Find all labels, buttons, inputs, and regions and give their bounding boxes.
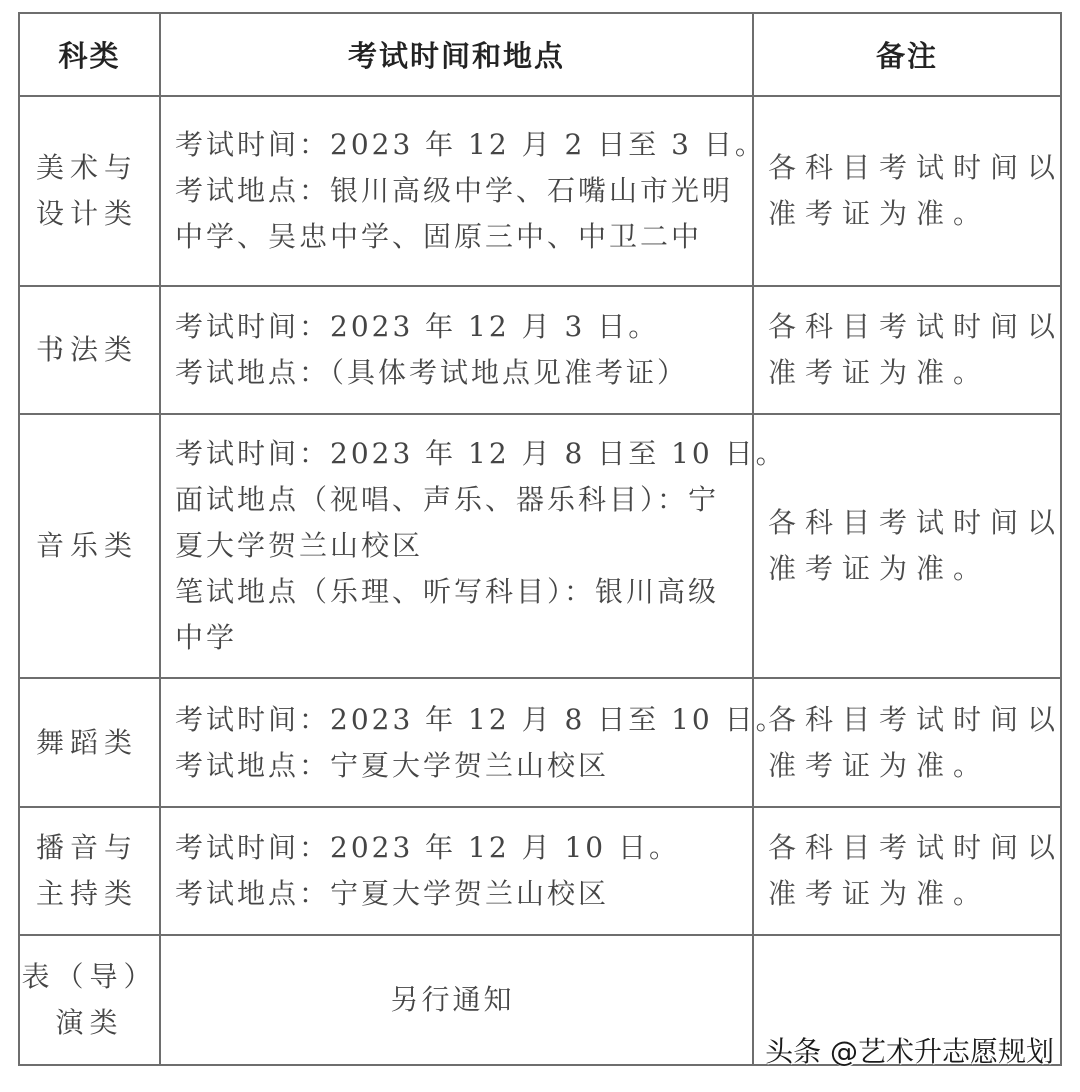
time-location-cell: 考试时间：2023 年 12 月 8 日至 10 日。 考试地点：宁夏大学贺兰山… bbox=[160, 678, 753, 807]
category-cell: 舞蹈类 bbox=[19, 678, 160, 807]
exam-location-line: 考试地点：宁夏大学贺兰山校区 bbox=[175, 743, 744, 789]
exam-time-line: 考试时间：2023 年 12 月 2 日至 3 日。 bbox=[175, 122, 744, 168]
time-location-cell: 考试时间：2023 年 12 月 8 日至 10 日。 面试地点（视唱、声乐、器… bbox=[160, 414, 753, 678]
category-line: 主持类 bbox=[36, 871, 159, 917]
interview-location-line: 夏大学贺兰山校区 bbox=[175, 523, 744, 569]
time-location-cell: 另行通知 bbox=[160, 935, 753, 1065]
time-location-cell: 考试时间：2023 年 12 月 2 日至 3 日。 考试地点：银川高级中学、石… bbox=[160, 96, 753, 286]
table-row: 美术与 设计类 考试时间：2023 年 12 月 2 日至 3 日。 考试地点：… bbox=[19, 96, 1061, 286]
exam-location-line: 中学、吴忠中学、固原三中、中卫二中 bbox=[175, 214, 744, 260]
remarks-cell: 各科目考试时间以 准考证为准。 bbox=[753, 96, 1061, 286]
time-location-cell: 考试时间：2023 年 12 月 10 日。 考试地点：宁夏大学贺兰山校区 bbox=[160, 807, 753, 935]
exam-location-line: 考试地点：银川高级中学、石嘴山市光明 bbox=[175, 168, 744, 214]
table-row: 舞蹈类 考试时间：2023 年 12 月 8 日至 10 日。 考试地点：宁夏大… bbox=[19, 678, 1061, 807]
exam-time-line: 考试时间：2023 年 12 月 3 日。 bbox=[175, 304, 744, 350]
remark-line: 各科目考试时间以 bbox=[768, 304, 1060, 350]
category-line: 播音与 bbox=[36, 825, 159, 871]
category-cell: 音乐类 bbox=[19, 414, 160, 678]
header-time-location: 考试时间和地点 bbox=[160, 13, 753, 96]
remark-line: 准考证为准。 bbox=[768, 546, 1060, 592]
category-line: 舞蹈类 bbox=[36, 720, 159, 766]
category-line: 书法类 bbox=[36, 327, 159, 373]
written-exam-location-line: 笔试地点（乐理、听写科目）：银川高级 bbox=[175, 569, 744, 615]
category-line: 音乐类 bbox=[36, 523, 159, 569]
exam-time-line: 考试时间：2023 年 12 月 8 日至 10 日。 bbox=[175, 697, 744, 743]
remark-line: 准考证为准。 bbox=[768, 191, 1060, 237]
category-line: 表（导） bbox=[20, 954, 159, 1000]
remark-line: 准考证为准。 bbox=[768, 743, 1060, 789]
category-cell: 美术与 设计类 bbox=[19, 96, 160, 286]
time-location-cell: 考试时间：2023 年 12 月 3 日。 考试地点：（具体考试地点见准考证） bbox=[160, 286, 753, 414]
header-remarks: 备注 bbox=[753, 13, 1061, 96]
category-cell: 书法类 bbox=[19, 286, 160, 414]
remark-line: 准考证为准。 bbox=[768, 871, 1060, 917]
table-row: 音乐类 考试时间：2023 年 12 月 8 日至 10 日。 面试地点（视唱、… bbox=[19, 414, 1061, 678]
remark-line: 各科目考试时间以 bbox=[768, 825, 1060, 871]
written-exam-location-line: 中学 bbox=[175, 615, 744, 661]
exam-time-line: 考试时间：2023 年 12 月 10 日。 bbox=[175, 825, 744, 871]
remark-line: 各科目考试时间以 bbox=[768, 500, 1060, 546]
header-category: 科类 bbox=[19, 13, 160, 96]
remarks-cell: 各科目考试时间以 准考证为准。 bbox=[753, 678, 1061, 807]
category-line: 美术与 bbox=[36, 145, 159, 191]
category-line: 演类 bbox=[20, 1000, 159, 1046]
remarks-cell: 各科目考试时间以 准考证为准。 bbox=[753, 807, 1061, 935]
category-cell: 表（导） 演类 bbox=[19, 935, 160, 1065]
exam-location-line: 考试地点：宁夏大学贺兰山校区 bbox=[175, 871, 744, 917]
remarks-cell: 各科目考试时间以 准考证为准。 bbox=[753, 414, 1061, 678]
category-line: 设计类 bbox=[36, 191, 159, 237]
table-row: 播音与 主持类 考试时间：2023 年 12 月 10 日。 考试地点：宁夏大学… bbox=[19, 807, 1061, 935]
table-header-row: 科类 考试时间和地点 备注 bbox=[19, 13, 1061, 96]
remark-line: 各科目考试时间以 bbox=[768, 145, 1060, 191]
interview-location-line: 面试地点（视唱、声乐、器乐科目）：宁 bbox=[175, 477, 744, 523]
exam-schedule-table: 科类 考试时间和地点 备注 美术与 设计类 考试时间：2023 年 12 月 2… bbox=[18, 12, 1062, 1066]
remark-line: 各科目考试时间以 bbox=[768, 697, 1060, 743]
exam-time-line: 考试时间：2023 年 12 月 8 日至 10 日。 bbox=[175, 431, 744, 477]
table-row: 书法类 考试时间：2023 年 12 月 3 日。 考试地点：（具体考试地点见准… bbox=[19, 286, 1061, 414]
exam-location-line: 考试地点：（具体考试地点见准考证） bbox=[175, 350, 744, 396]
notice-later-text: 另行通知 bbox=[161, 977, 744, 1023]
remarks-cell: 各科目考试时间以 准考证为准。 bbox=[753, 286, 1061, 414]
category-cell: 播音与 主持类 bbox=[19, 807, 160, 935]
remark-line: 准考证为准。 bbox=[768, 350, 1060, 396]
watermark: 头条 @艺术升志愿规划 bbox=[765, 1030, 1054, 1070]
